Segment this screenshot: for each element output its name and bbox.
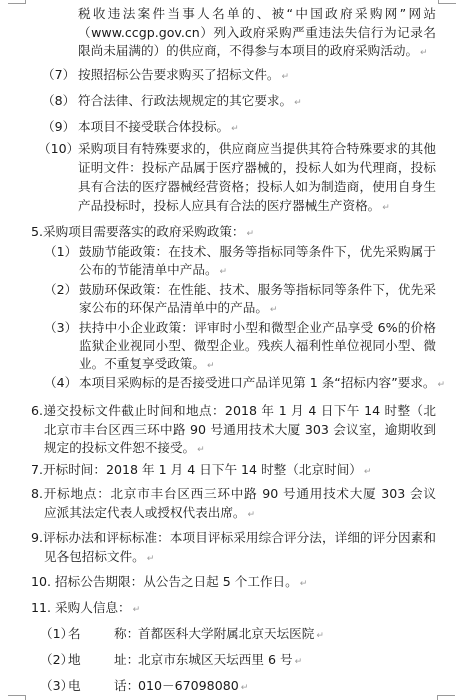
field-label: 称： xyxy=(114,625,139,643)
section-text: 应派其法定代表人或授权代表出席。↵ xyxy=(44,504,255,522)
list-item-text: 证明文件：投标产品属于医疗器械的，投标人如为代理商，投标人应 xyxy=(78,159,436,177)
paragraph-mark-icon: ↵ xyxy=(207,361,215,371)
paragraph-mark-icon: ↵ xyxy=(316,631,324,641)
paragraph-mark-icon: ↵ xyxy=(300,579,308,589)
list-item-text: 鼓励环保政策：在性能、技术、服务等指标同等条件下，优先采购国 xyxy=(79,281,436,299)
purchaser-address: 北京市东城区天坛西里 6 号↵ xyxy=(138,651,302,669)
list-number: （8） xyxy=(42,92,75,110)
list-item-text: 采购项目有特殊要求的，供应商应当提供其符合特殊要求的其他资格 xyxy=(78,140,436,158)
list-item-text: 家公布的环保产品清单中的产品。↵ xyxy=(79,299,277,317)
list-item-text: 公布的节能清单中产品。↵ xyxy=(79,261,227,279)
paragraph-mark-icon: ↵ xyxy=(282,72,290,82)
corner-mark-top-left-h xyxy=(8,3,26,4)
section-text: 7.开标时间：2018 年 1 月 4 日下午 14 时整（北京时间）↵ xyxy=(31,461,371,479)
corner-mark-top-right-h xyxy=(438,3,456,4)
list-item-text: 按照招标公告要求购买了招标文件。↵ xyxy=(78,66,289,84)
list-number: （4） xyxy=(44,374,77,392)
list-item-text: 业。不重复享受政策。↵ xyxy=(79,355,214,373)
list-item-text: 鼓励节能政策：在技术、服务等指标同等条件下，优先采购属于国家 xyxy=(79,243,436,261)
purchaser-phone: 010－67098080↵ xyxy=(138,677,248,695)
paragraph-mark-icon: ↵ xyxy=(382,203,390,213)
corner-mark-bottom-left-v xyxy=(25,695,26,700)
section-text: 6.递交投标文件截止时间和地点：2018 年 1 月 4 日下午 14 时整（北… xyxy=(31,402,436,420)
list-number: （1） xyxy=(44,243,77,261)
paragraph-mark-icon: ↵ xyxy=(295,657,303,667)
corner-mark-bottom-left-h xyxy=(8,695,26,696)
list-item-text: 本项目不接受联合体投标。↵ xyxy=(78,118,239,136)
list-item-text: 符合法律、行政法规规定的其它要求。↵ xyxy=(78,92,302,110)
paragraph-mark-icon: ↵ xyxy=(241,683,249,693)
paragraph-mark-icon: ↵ xyxy=(270,305,278,315)
list-item-text: 产品投标时，投标人应具有合法的医疗器械生产资格。↵ xyxy=(78,197,390,215)
paragraph-mark-icon: ↵ xyxy=(248,510,256,520)
document-page: 税收违法案件当事人名单的、被“中国政府采购网”网站 （www.ccgp.gov.… xyxy=(0,0,475,700)
paragraph-mark-icon: ↵ xyxy=(220,267,228,277)
field-label: 话： xyxy=(114,677,139,695)
text-line: 税收违法案件当事人名单的、被“中国政府采购网”网站 xyxy=(78,5,436,23)
list-number: （10） xyxy=(38,140,79,158)
section-heading: 11. 采购人信息：↵ xyxy=(31,599,140,617)
field-label: 电 xyxy=(68,677,81,695)
list-item-text: 本项目采购标的是否接受进口产品详见第 1 条“招标内容”要求。↵ xyxy=(79,374,445,392)
field-label: 名 xyxy=(68,625,81,643)
paragraph-mark-icon: ↵ xyxy=(364,467,372,477)
paragraph-mark-icon: ↵ xyxy=(247,229,255,239)
paragraph-mark-icon: ↵ xyxy=(147,554,155,564)
field-label: 址： xyxy=(114,651,139,669)
list-number: （3） xyxy=(44,319,77,337)
paragraph-mark-icon: ↵ xyxy=(294,98,302,108)
list-number: （2） xyxy=(44,281,77,299)
section-text: 9.评标办法和评标标准：本项目评标采用综合评分法，详细的评分因素和标准 xyxy=(31,529,436,547)
list-item-text: 扶持中小企业政策：评审时小型和微型企业产品享受 6%的价格折扣。 xyxy=(79,319,436,337)
corner-mark-bottom-right-h xyxy=(437,695,455,696)
field-label: 地 xyxy=(68,651,81,669)
section-text: 规定的投标文件恕不接受。↵ xyxy=(44,439,205,457)
paragraph-mark-icon: ↵ xyxy=(438,380,446,390)
paragraph-mark-icon: ↵ xyxy=(133,605,141,615)
corner-mark-bottom-right-v xyxy=(437,695,438,700)
list-item-text: 监狱企业视同小型、微型企业。残疾人福利性单位视同小型、微型企 xyxy=(79,337,436,355)
text-line: （www.ccgp.gov.cn）列入政府采购严重违法失信行为记录名单（处罚期 xyxy=(78,24,436,42)
list-item-text: 具有合法的医疗器械经营资格；投标人如为制造商，使用自身生产的 xyxy=(78,178,436,196)
list-number: （9） xyxy=(42,118,75,136)
paragraph-mark-icon: ↵ xyxy=(231,124,239,134)
purchaser-name: 首都医科大学附属北京天坛医院↵ xyxy=(138,625,324,643)
section-text: 8.开标地点：北京市丰台区西三环中路 90 号通用技术大厦 303 会议室，投标… xyxy=(31,485,436,503)
section-text: 10. 招标公告期限：从公告之日起 5 个工作日。↵ xyxy=(31,573,307,591)
list-number: （7） xyxy=(42,66,75,84)
section-heading: 5.采购项目需要落实的政府采购政策：↵ xyxy=(31,223,254,241)
text-line: 限尚未届满的）的供应商，不得参与本项目的政府采购活动。↵ xyxy=(78,42,428,60)
section-text: 北京市丰台区西三环中路 90 号通用技术大厦 303 会议室，逾期收到或不符合 xyxy=(44,421,436,439)
paragraph-mark-icon: ↵ xyxy=(420,48,428,58)
section-text: 见各包招标文件。↵ xyxy=(44,548,154,566)
paragraph-mark-icon: ↵ xyxy=(197,445,205,455)
